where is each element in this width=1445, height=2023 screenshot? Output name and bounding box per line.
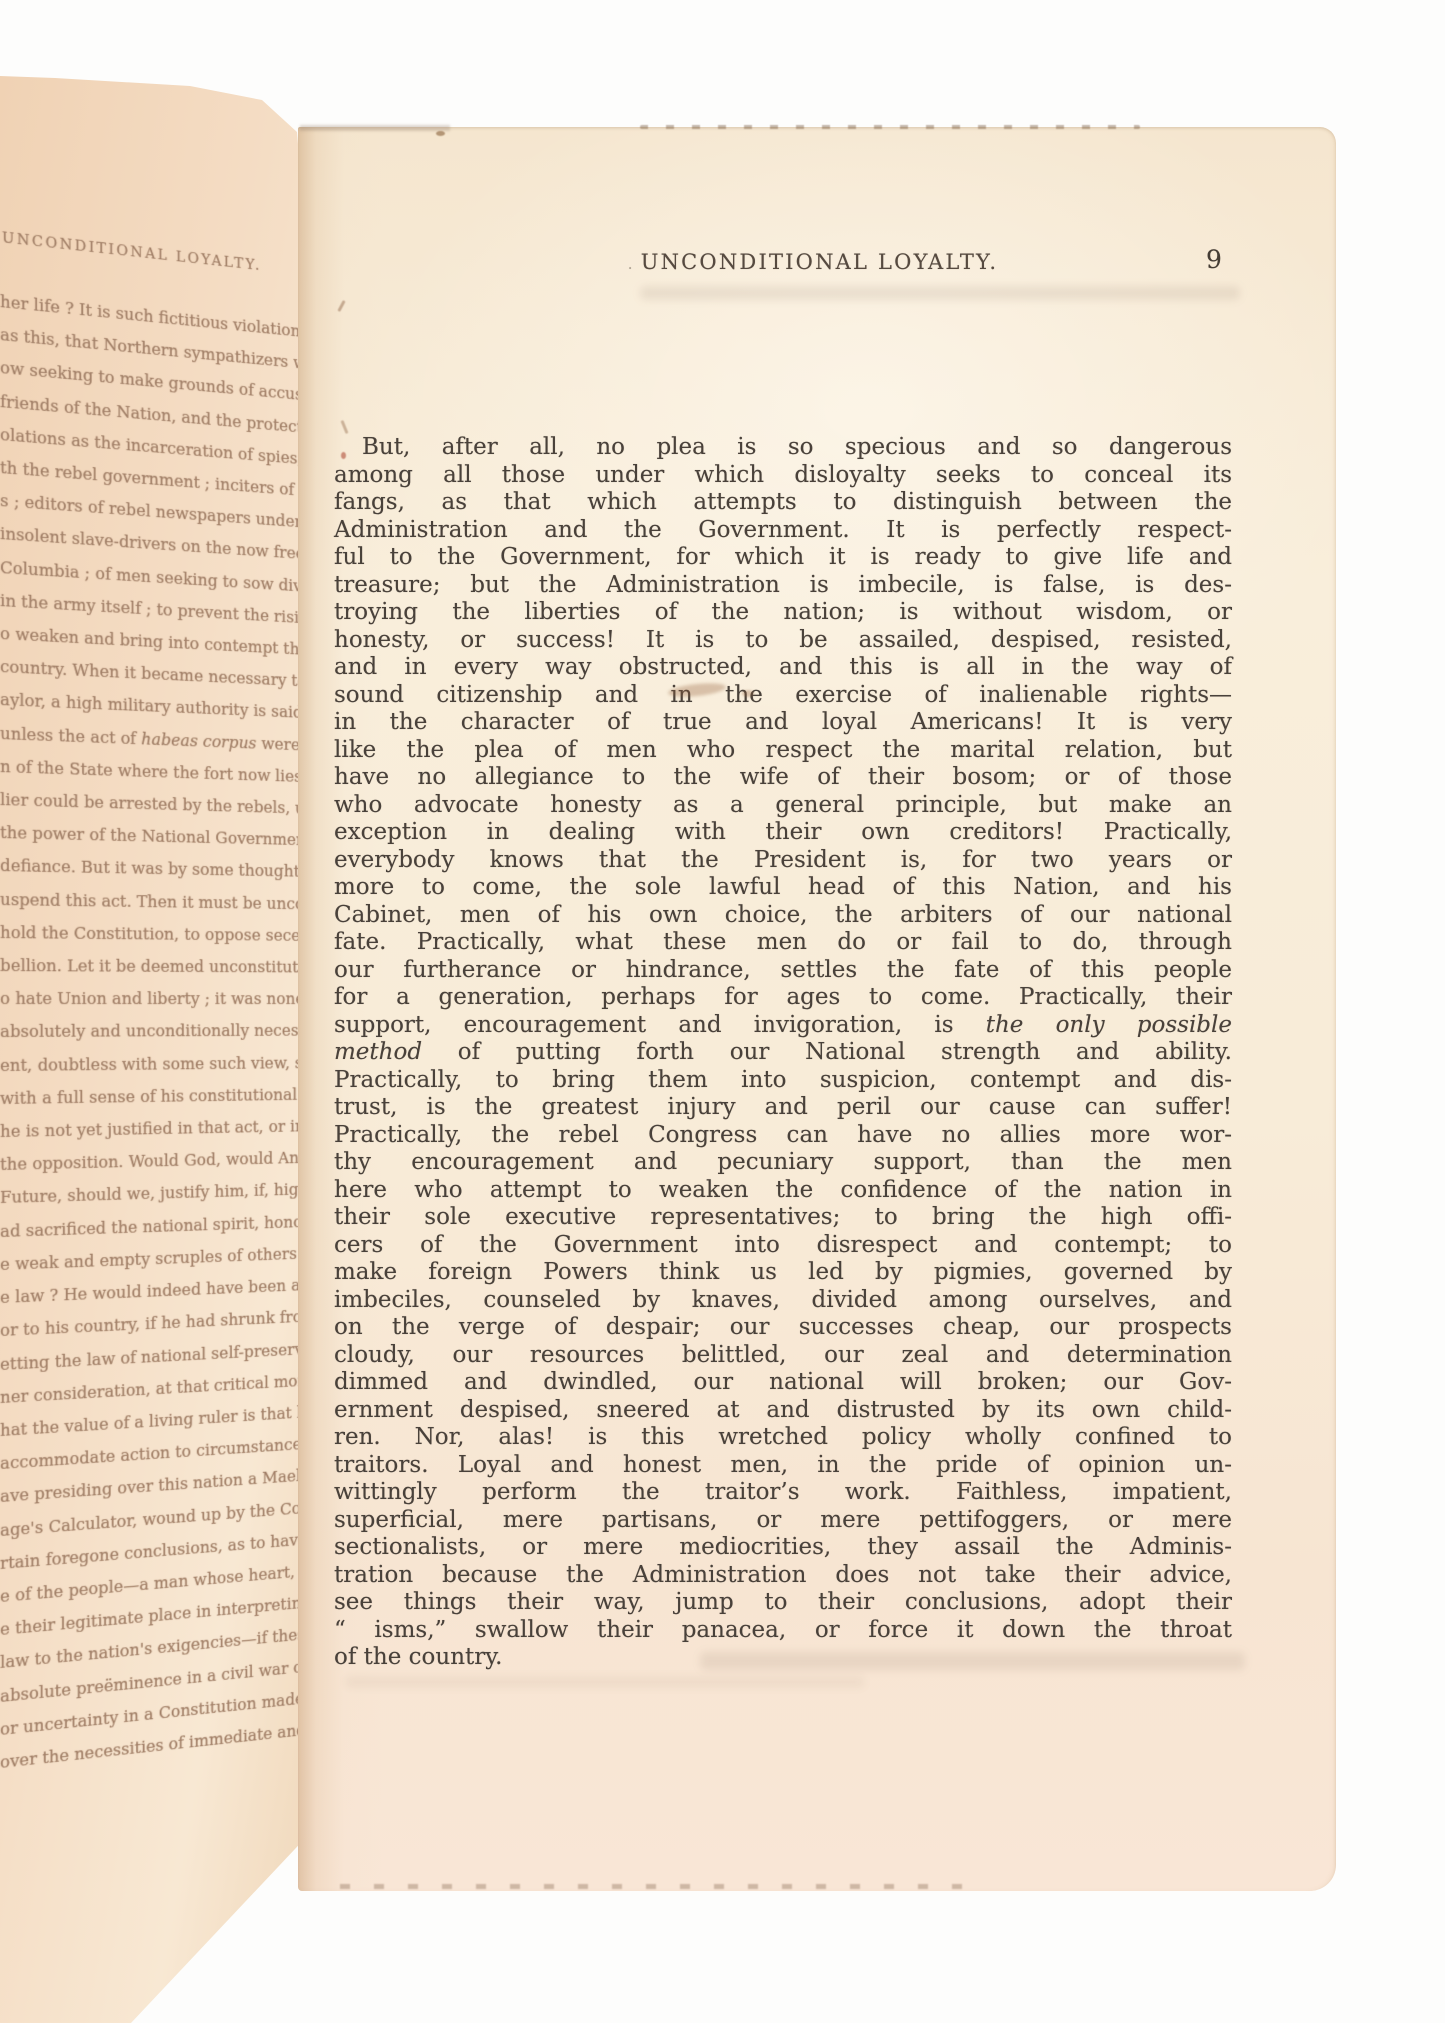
body-line: honesty, or success! It is to be assaile… <box>334 627 1232 655</box>
spine-stitching <box>300 125 450 131</box>
paper-fiber <box>337 300 345 312</box>
body-line: wittingly perform the traitor’s work. Fa… <box>334 1479 1232 1507</box>
body-line: But, after all, no plea is so specious a… <box>334 434 1232 462</box>
body-line: sectionalists, or mere mediocrities, the… <box>334 1534 1232 1562</box>
body-line: ernment despised, sneered at and distrus… <box>334 1397 1232 1425</box>
show-through-ghost <box>640 286 1240 300</box>
body-line: cloudy, our resources belittled, our zea… <box>334 1342 1232 1370</box>
body-line: for a generation, perhaps for ages to co… <box>334 984 1232 1012</box>
body-line: Administration and the Government. It is… <box>334 517 1232 545</box>
body-line: Cabinet, men of his own choice, the arbi… <box>334 902 1232 930</box>
page-number: 9 <box>1206 245 1222 274</box>
body-line: fate. Practically, what these men do or … <box>334 929 1232 957</box>
body-line: support, encouragement and invigoration,… <box>334 1012 1232 1040</box>
body-line: in the character of true and loyal Ameri… <box>334 709 1232 737</box>
paper-fiber <box>340 420 348 434</box>
body-line: fangs, as that which attempts to disting… <box>334 489 1232 517</box>
body-text: But, after all, no plea is so specious a… <box>334 434 1232 1672</box>
body-line: superficial, mere partisans, or mere pet… <box>334 1507 1232 1535</box>
stray-ink-dot: . <box>628 255 635 273</box>
body-line: make foreign Powers think us led by pigm… <box>334 1259 1232 1287</box>
body-line: traitors. Loyal and honest men, in the p… <box>334 1452 1232 1480</box>
body-line: see things their way, jump to their conc… <box>334 1589 1232 1617</box>
body-line: imbeciles, counseled by knaves, divided … <box>334 1287 1232 1315</box>
body-line: everybody knows that the President is, f… <box>334 847 1232 875</box>
body-line: sound citizenship and in the exercise of… <box>334 682 1232 710</box>
body-line: their sole executive representatives; to… <box>334 1204 1232 1232</box>
body-line: like the plea of men who respect the mar… <box>334 737 1232 765</box>
body-line: and in every way obstructed, and this is… <box>334 654 1232 682</box>
body-line: our furtherance or hindrance, settles th… <box>334 957 1232 985</box>
body-line: who advocate honesty as a general princi… <box>334 792 1232 820</box>
body-line: “ isms,” swallow their panacea, or force… <box>334 1617 1232 1645</box>
right-page: .UNCONDITIONAL LOYALTY. 9 But, after all… <box>298 127 1336 1891</box>
page-top-edge-marks <box>640 125 1140 129</box>
body-line: thy encouragement and pecuniary support,… <box>334 1149 1232 1177</box>
running-header-text: UNCONDITIONAL LOYALTY. <box>641 250 999 274</box>
running-header: .UNCONDITIONAL LOYALTY. <box>628 250 999 274</box>
body-line: here who attempt to weaken the confidenc… <box>334 1177 1232 1205</box>
body-line: tration because the Administration does … <box>334 1562 1232 1590</box>
body-line: on the verge of despair; our successes c… <box>334 1314 1232 1342</box>
body-line: Practically, the rebel Congress can have… <box>334 1122 1232 1150</box>
body-line: dimmed and dwindled, our national will b… <box>334 1369 1232 1397</box>
body-line: method of putting forth our National str… <box>334 1039 1232 1067</box>
page-bottom-edge-marks <box>340 1884 980 1889</box>
left-page: UNCONDITIONAL LOYALTY. her life ? It is … <box>0 70 346 2023</box>
body-line: cers of the Government into disrespect a… <box>334 1232 1232 1260</box>
paper-fleck <box>436 131 445 136</box>
body-line: exception in dealing with their own cred… <box>334 819 1232 847</box>
body-line: of the country. <box>334 1644 1232 1672</box>
body-line: ren. Nor, alas! is this wretched policy … <box>334 1424 1232 1452</box>
body-line: have no allegiance to the wife of their … <box>334 764 1232 792</box>
book-photo: UNCONDITIONAL LOYALTY. her life ? It is … <box>0 0 1445 2023</box>
body-line: ful to the Government, for which it is r… <box>334 544 1232 572</box>
body-line: troying the liberties of the nation; is … <box>334 599 1232 627</box>
body-line: among all those under which disloyalty s… <box>334 462 1232 490</box>
body-line: more to come, the sole lawful head of th… <box>334 874 1232 902</box>
body-line: treasure; but the Administration is imbe… <box>334 572 1232 600</box>
body-line: Practically, to bring them into suspicio… <box>334 1067 1232 1095</box>
show-through-ghost <box>345 1676 865 1688</box>
body-line: trust, is the greatest injury and peril … <box>334 1094 1232 1122</box>
